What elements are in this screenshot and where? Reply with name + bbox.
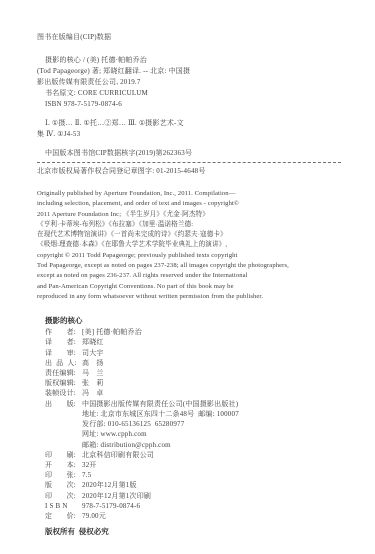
- page-content: 图书在版编目(CIP)数据 摄影的核心 / (美) 托德·帕帕乔治 (Tod P…: [0, 0, 375, 537]
- copyright-line: 《吸烟:理查德·本森》《在耶鲁大学艺术学院毕业典礼上的演讲》,: [37, 240, 351, 250]
- colophon-label: 译 者:: [45, 337, 78, 347]
- colophon-value: 冯 卓: [82, 388, 104, 398]
- colophon-label: 责任编辑:: [45, 368, 78, 378]
- cip-entry-line: 影出版传媒有限责任公司, 2019.7: [37, 77, 351, 88]
- copyright-paragraph: Originally published by Aperture Foundat…: [37, 189, 351, 302]
- cip-header: 图书在版编目(CIP)数据: [37, 32, 351, 43]
- colophon-label: 出 品 人:: [45, 358, 78, 368]
- colophon-label: 版 次:: [45, 480, 78, 490]
- colophon-label: 印 次:: [45, 491, 78, 501]
- cip-entry-line: (Tod Papageorge) 著; 郑晓红翻译. -- 北京: 中国摄: [37, 66, 351, 77]
- copyright-line: 在现代艺术博物馆演讲》《一首尚未完成的诗》《约瑟夫·寇德卡》: [37, 230, 351, 240]
- copyright-line: Originally published by Aperture Foundat…: [37, 189, 351, 199]
- cip-class-line: 集 Ⅳ. ①J4-53: [37, 129, 351, 140]
- colophon-row-editor: 责任编辑: 马 兰: [45, 368, 351, 378]
- colophon-row-translator: 译 者: 郑晓红: [45, 337, 351, 347]
- colophon-label: I S B N: [45, 501, 78, 511]
- colophon-value: 司大宇: [82, 348, 104, 358]
- colophon-row-sheets: 印 张: 7.5: [45, 470, 351, 480]
- colophon-label: 定 价:: [45, 511, 78, 521]
- copyright-line: including selection, placement, and orde…: [37, 199, 351, 209]
- colophon-label: [45, 429, 78, 439]
- colophon-value: 北京科信印刷有限公司: [82, 450, 154, 460]
- copyright-line: reproduced in any form whatsoever withou…: [37, 292, 351, 302]
- copyright-notice: 版权所有 侵权必究: [45, 526, 351, 537]
- colophon-label: 装帧设计:: [45, 388, 78, 398]
- colophon-label: 版权编辑:: [45, 378, 78, 388]
- copyright-line: 2011 Aperture Foundation Inc; 《半生岁月》《尤金·…: [37, 210, 351, 220]
- colophon-row-printing: 印 次: 2020年12月第1次印刷: [45, 491, 351, 501]
- colophon-row-address: 地址: 北京市东城区东四十二条48号 邮编: 100007: [45, 409, 351, 419]
- colophon-label: 译 审:: [45, 348, 78, 358]
- cip-entry-line: 摄影的核心 / (美) 托德·帕帕乔治: [37, 55, 351, 66]
- colophon-row-rights-editor: 版权编辑: 张 莉: [45, 378, 351, 388]
- colophon-label: 作 者:: [45, 327, 78, 337]
- colophon-value: 邮箱: distribution@cpph.com: [82, 440, 171, 450]
- colophon-label: [45, 419, 78, 429]
- copyright-registration-number: 北京市版权局著作权合同登记章图字: 01-2015-4648号: [37, 166, 351, 177]
- colophon-value: 高 扬: [82, 358, 104, 368]
- colophon-value: 2020年12月第1次印刷: [82, 491, 151, 501]
- colophon-label: [45, 440, 78, 450]
- colophon-block: 摄影的核心 作 者: [美] 托德·帕帕乔治 译 者: 郑晓红 译 审: 司大宇…: [37, 315, 351, 537]
- colophon-value: 7.5: [82, 470, 91, 480]
- colophon-label: 出 版:: [45, 399, 78, 409]
- colophon-value: 发行部: 010-65136125 65280977: [82, 419, 184, 429]
- colophon-value: 张 莉: [82, 378, 104, 388]
- colophon-value: 马 兰: [82, 368, 104, 378]
- colophon-value: 978-7-5179-0874-6: [82, 501, 140, 511]
- colophon-label: 印 刷:: [45, 450, 78, 460]
- cip-entry-block: 摄影的核心 / (美) 托德·帕帕乔治 (Tod Papageorge) 著; …: [37, 55, 351, 110]
- colophon-value: [美] 托德·帕帕乔治: [82, 327, 142, 337]
- copyright-line: and Pan-American Copyright Conventions. …: [37, 282, 351, 292]
- colophon-label: [45, 409, 78, 419]
- colophon-row-distribution-phone: 发行部: 010-65136125 65280977: [45, 419, 351, 429]
- book-copyright-page: 图书在版编目(CIP)数据 摄影的核心 / (美) 托德·帕帕乔治 (Tod P…: [0, 0, 375, 554]
- colophon-row-website: 网址: www.cpph.com: [45, 429, 351, 439]
- colophon-row-email: 邮箱: distribution@cpph.com: [45, 440, 351, 450]
- book-title: 摄影的核心: [45, 315, 351, 326]
- colophon-value: 郑晓红: [82, 337, 104, 347]
- colophon-value: 2020年12月第1版: [82, 480, 137, 490]
- cip-record-number: 中国版本图书馆CIP数据核字(2019)第262363号: [37, 148, 351, 159]
- cip-entry-line: 书名原文: CORE CURRICULUM: [37, 88, 351, 99]
- colophon-label: 开 本:: [45, 460, 78, 470]
- colophon-value: 网址: www.cpph.com: [82, 429, 147, 439]
- cip-classification-block: Ⅰ. ①摄… Ⅱ. ①托…②郑… Ⅲ. ①摄影艺术-文 集 Ⅳ. ①J4-53: [37, 118, 351, 140]
- colophon-row-printer: 印 刷: 北京科信印刷有限公司: [45, 450, 351, 460]
- colophon-value: 79.00元: [82, 511, 106, 521]
- colophon-label: 印 张:: [45, 470, 78, 480]
- cip-class-line: Ⅰ. ①摄… Ⅱ. ①托…②郑… Ⅲ. ①摄影艺术-文: [37, 118, 351, 129]
- copyright-line: copyright © 2011 Todd Papageorge; previo…: [37, 251, 351, 261]
- copyright-line: Tod Papageorge, except as noted on pages…: [37, 261, 351, 271]
- colophon-row-designer: 装帧设计: 冯 卓: [45, 388, 351, 398]
- colophon-row-translation-reviewer: 译 审: 司大宇: [45, 348, 351, 358]
- copyright-line: 《亨利·卡蒂埃-布列松》《布拉塞》《加里·温诺格兰德:: [37, 220, 351, 230]
- colophon-row-isbn: I S B N 978-7-5179-0874-6: [45, 501, 351, 511]
- colophon-row-price: 定 价: 79.00元: [45, 511, 351, 521]
- cip-entry-line: ISBN 978-7-5179-0874-6: [37, 99, 351, 110]
- dashed-divider: [37, 162, 341, 163]
- colophon-row-edition: 版 次: 2020年12月第1版: [45, 480, 351, 490]
- colophon-value: 地址: 北京市东城区东四十二条48号 邮编: 100007: [82, 409, 239, 419]
- copyright-line: except as noted on pages 236-237. All ri…: [37, 271, 351, 281]
- colophon-row-producer: 出 品 人: 高 扬: [45, 358, 351, 368]
- colophon-row-publisher: 出 版: 中国摄影出版传媒有限责任公司(中国摄影出版社): [45, 399, 351, 409]
- colophon-value: 中国摄影出版传媒有限责任公司(中国摄影出版社): [82, 399, 238, 409]
- colophon-value: 32开: [82, 460, 97, 470]
- colophon-row-format: 开 本: 32开: [45, 460, 351, 470]
- colophon-row-author: 作 者: [美] 托德·帕帕乔治: [45, 327, 351, 337]
